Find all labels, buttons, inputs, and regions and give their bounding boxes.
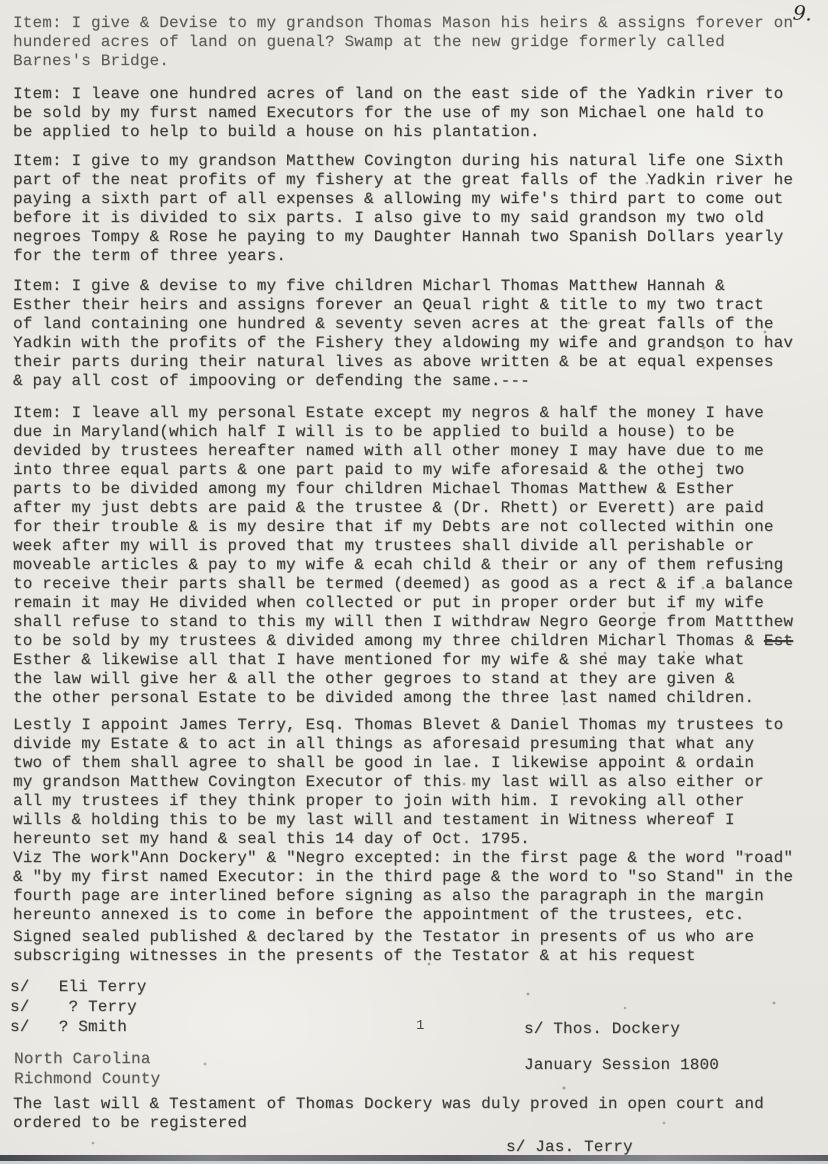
witness-signatures: s/ Eli Terry s/ ? Terry s/ ? Smith [10,977,147,1037]
document-page: 9. Item: I give & Devise to my grandson … [0,0,828,1164]
estate-struck-word: Est [764,632,793,650]
paragraph-attestation: Signed sealed published & declared by th… [13,928,825,966]
testator-signature: s/ Thos. Dockery [524,1019,680,1039]
paragraph-bequest-covington: Item: I give to my grandson Matthew Covi… [13,152,825,266]
state-county-lines: North Carolina Richmond County [14,1049,160,1089]
clerk-signature: s/ Jas. Terry [506,1137,633,1157]
court-session-line: January Session 1800 [524,1055,719,1075]
estate-text-a: Item: I leave all my personal Estate exc… [13,404,793,650]
stray-mark: 1 [416,1018,424,1034]
paragraph-bequest-yadkin-land: Item: I leave one hundred acres of land … [13,85,825,142]
scan-noise-specks [0,0,2,2]
paragraph-bequest-mason: Item: I give & Devise to my grandson Tho… [13,14,825,71]
paragraph-viz-interlineations: Viz The work"Ann Dockery" & "Negro excep… [13,849,825,925]
paragraph-probate-order: The last will & Testament of Thomas Dock… [13,1095,825,1133]
paragraph-trustees-appointment: Lestly I appoint James Terry, Esq. Thoma… [13,716,825,849]
paragraph-bequest-children: Item: I give & devise to my five childre… [13,277,825,391]
estate-text-b: Esther & likewise all that I have mentio… [13,651,754,707]
paragraph-personal-estate: Item: I leave all my personal Estate exc… [13,404,825,708]
